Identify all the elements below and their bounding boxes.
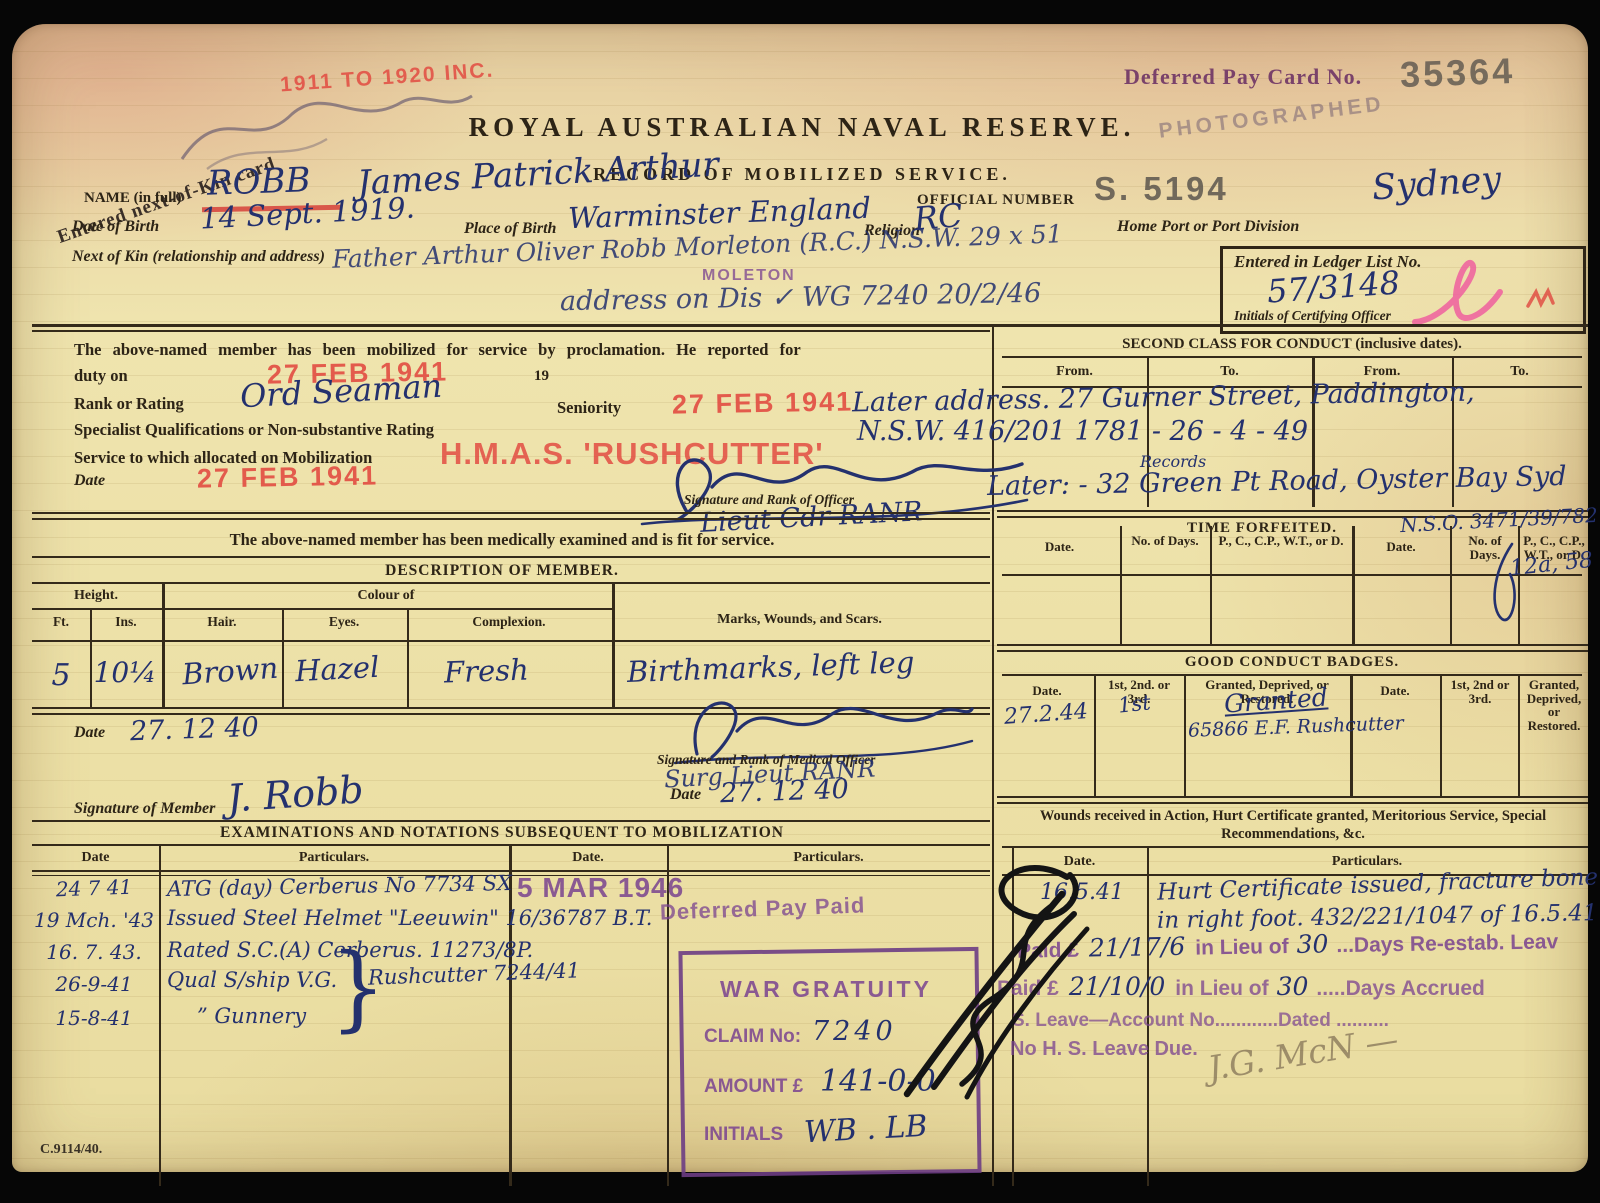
wounds-title-2: Recommendations, &c. bbox=[1004, 826, 1582, 843]
wounds-title-1: Wounds received in Action, Hurt Certific… bbox=[1004, 808, 1582, 825]
gc-v4 bbox=[1440, 676, 1442, 796]
gc-row-granted: Granted bbox=[1223, 682, 1329, 718]
tf-col-date1: Date. bbox=[1002, 540, 1117, 554]
desc-top bbox=[32, 582, 990, 584]
seniority-date-stamp: 27 FEB 1941 bbox=[672, 386, 854, 420]
exam-row-date: 19 Mch. '43 bbox=[34, 908, 154, 932]
exam-row-date: 24 7 41 bbox=[34, 874, 155, 902]
pob-label: Place of Birth bbox=[464, 220, 556, 238]
w-line bbox=[1002, 846, 1588, 848]
colour-of-label: Colour of bbox=[162, 588, 610, 604]
mob-date-label: Date bbox=[74, 472, 105, 490]
exam-col-date2: Date. bbox=[509, 850, 667, 866]
tf-v1 bbox=[1120, 526, 1122, 646]
form-title: ROYAL AUSTRALIAN NAVAL RESERVE. bbox=[442, 112, 1162, 143]
nok-label: Next of Kin (relationship and address) bbox=[72, 248, 325, 266]
paid1-suffix: ...Days Re-estab. Leav bbox=[1336, 930, 1558, 957]
complexion-label: Complexion. bbox=[409, 614, 609, 630]
deferred-pay-paid-stamp: Deferred Pay Paid bbox=[660, 892, 866, 925]
later-address-line3: Later: - 32 Green Pt Road, Oyster Bay Sy… bbox=[987, 461, 1567, 502]
gc-col-badge2: 1st, 2nd or 3rd. bbox=[1442, 678, 1518, 705]
exam-row-date: 16. 7. 43. bbox=[34, 940, 154, 964]
gc-col-date2: Date. bbox=[1352, 684, 1438, 698]
claim-label: CLAIM No: bbox=[704, 1026, 801, 1048]
paid1-mid: in Lieu of bbox=[1195, 935, 1289, 960]
desc-v-hair bbox=[282, 608, 284, 709]
exam-row-text: Qual S/ship V.G. bbox=[167, 968, 337, 992]
ins-label: Ins. bbox=[92, 614, 160, 630]
gc-v1 bbox=[1094, 676, 1096, 796]
certifying-initials-pink bbox=[1400, 254, 1590, 334]
desc-v-eyes bbox=[407, 608, 409, 709]
divider-top-2 bbox=[32, 330, 990, 332]
official-number-value: S. 5194 bbox=[1094, 170, 1229, 208]
home-port-value: Sydney bbox=[1371, 160, 1503, 209]
wounds-row-line1: Hurt Certificate issued, fracture bone bbox=[1157, 864, 1599, 905]
hair-value: Brown bbox=[181, 651, 279, 692]
member-sig-label: Signature of Member bbox=[74, 800, 215, 818]
later-address-line1: Later address. 27 Gurner Street, Padding… bbox=[852, 377, 1475, 419]
description-title: DESCRIPTION OF MEMBER. bbox=[52, 562, 952, 580]
exam-col-date1: Date bbox=[32, 850, 159, 866]
sc-col-from1: From. bbox=[1007, 364, 1142, 380]
home-port-label: Home Port or Port Division bbox=[1117, 218, 1299, 236]
paid1-amount: 21/17/6 bbox=[1089, 932, 1186, 963]
marks-value: Birthmarks, left leg bbox=[626, 645, 914, 689]
divider-top bbox=[32, 324, 1588, 327]
second-class-title: SECOND CLASS FOR CONDUCT (inclusive date… bbox=[1002, 336, 1582, 353]
w-top2 bbox=[997, 802, 1588, 804]
gc-top1 bbox=[997, 644, 1588, 646]
certifying-officer-label: Initials of Certifying Officer bbox=[1234, 308, 1391, 324]
second-class-underline bbox=[1002, 356, 1582, 358]
tf-flourish bbox=[1482, 534, 1562, 624]
exam-row-date: 15-8-41 bbox=[34, 1006, 154, 1030]
medically-fit-line: The above-named member has been medicall… bbox=[52, 530, 952, 550]
rank-label: Rank or Rating bbox=[74, 394, 184, 414]
examinations-title: EXAMINATIONS AND NOTATIONS SUBSEQUENT TO… bbox=[52, 824, 952, 842]
med-top1 bbox=[32, 512, 990, 514]
desc-headerline bbox=[32, 640, 990, 642]
height-ins-value: 10¼ bbox=[90, 656, 160, 689]
tf-v4 bbox=[1450, 526, 1452, 646]
height-ft-value: 5 bbox=[32, 658, 90, 693]
desc-subline bbox=[32, 608, 612, 610]
paid2-suffix: .....Days Accrued bbox=[1316, 977, 1484, 1000]
member-sig-line bbox=[32, 820, 990, 822]
exam-v2 bbox=[509, 844, 512, 1186]
initials-value: WB . LB bbox=[803, 1109, 928, 1150]
deferred-pay-card-label: Deferred Pay Card No. bbox=[1124, 64, 1362, 90]
time-forfeited-hw: N.S.O. 3471/39/782 bbox=[1400, 503, 1599, 537]
eyes-value: Hazel bbox=[294, 650, 380, 688]
mob-date-stamp: 27 FEB 1941 bbox=[197, 460, 379, 494]
good-conduct-title: GOOD CONDUCT BADGES. bbox=[1062, 654, 1522, 671]
exam-row-date: 26-9-41 bbox=[34, 972, 154, 996]
sc-col-to1: To. bbox=[1152, 364, 1307, 380]
hair-label: Hair. bbox=[164, 614, 280, 630]
seniority-label: Seniority bbox=[557, 398, 621, 418]
ft-label: Ft. bbox=[32, 614, 90, 630]
med-date-label: Date bbox=[74, 724, 105, 742]
complexion-value: Fresh bbox=[443, 653, 529, 690]
gc-v5 bbox=[1518, 676, 1520, 796]
form-number: C.9114/40. bbox=[40, 1142, 102, 1158]
height-label: Height. bbox=[32, 588, 160, 604]
marks-label: Marks, Wounds, and Scars. bbox=[612, 612, 987, 628]
tf-col-date2: Date. bbox=[1354, 540, 1448, 554]
duty-year-prefix: 19 bbox=[534, 368, 549, 385]
exam-row-text: Issued Steel Helmet "Leeuwin" 16/36787 B… bbox=[167, 906, 652, 930]
ink-scrawl bbox=[862, 859, 1102, 1109]
gc-row-date: 27.2.44 bbox=[1003, 699, 1089, 730]
dob-label: Date of Birth bbox=[72, 218, 159, 236]
tf-col-days1: No. of Days. bbox=[1122, 534, 1208, 548]
eyes-label: Eyes. bbox=[284, 614, 404, 630]
initials-label: INITIALS bbox=[704, 1124, 783, 1146]
exam-v1 bbox=[159, 844, 161, 1186]
nok-line2: address on Dis ✓ WG 7240 20/2/46 bbox=[560, 278, 1042, 317]
name-label: NAME (in full) bbox=[84, 190, 182, 207]
scanned-record-card-page: Entered next-of-Kin card 1911 TO 1920 IN… bbox=[0, 0, 1600, 1203]
w-top1 bbox=[997, 796, 1588, 798]
photographed-stamp: PHOTOGRAPHED bbox=[1157, 92, 1386, 144]
tf-v3 bbox=[1352, 526, 1355, 646]
duty-on-label: duty on bbox=[74, 366, 128, 386]
deferred-pay-card-number: 35364 bbox=[1399, 50, 1516, 96]
med-line2 bbox=[32, 556, 990, 558]
paid1-days: 30 bbox=[1296, 929, 1328, 959]
sc-col-to2: To. bbox=[1457, 364, 1582, 380]
med-date-value: 27. 12 40 bbox=[129, 712, 259, 747]
later-address-line2: N.S.W. 416/201 1781 - 26 - 4 - 49 bbox=[857, 416, 1308, 447]
med-top2 bbox=[32, 518, 990, 520]
gc-col-granted2: Granted, Deprived, or Restored. bbox=[1520, 678, 1588, 733]
desc-v-height bbox=[162, 582, 165, 709]
exam-row-text: ATG (day) Cerberus No 7734 SX bbox=[167, 871, 512, 901]
gc-row-badge: 1st bbox=[1117, 690, 1152, 717]
member-signature: J. Robb bbox=[226, 767, 365, 820]
exam-col-part1: Particulars. bbox=[159, 850, 509, 866]
tf-col-pc1: P., C., C.P., W.T., or D. bbox=[1212, 534, 1350, 548]
specialist-label: Specialist Qualifications or Non-substan… bbox=[74, 420, 434, 440]
exam-brace-note: Rushcutter 7244/41 bbox=[368, 958, 581, 989]
desc-v-marks bbox=[612, 582, 615, 709]
med-date2-value: 27. 12 40 bbox=[719, 774, 849, 809]
tf-v2 bbox=[1210, 526, 1212, 646]
med-date2-label: Date bbox=[670, 786, 701, 804]
exam-row-text: ” Gunnery bbox=[197, 1004, 306, 1028]
amount-label: AMOUNT £ bbox=[704, 1076, 803, 1098]
gc-row-note: 65866 E.F. Rushcutter bbox=[1188, 712, 1404, 742]
paid2-days: 30 bbox=[1277, 972, 1309, 1001]
gc-col-date1: Date. bbox=[1002, 684, 1092, 698]
gc-top2 bbox=[997, 650, 1588, 652]
record-card: Entered next-of-Kin card 1911 TO 1920 IN… bbox=[12, 24, 1588, 1172]
gc-title-line bbox=[1002, 674, 1582, 676]
gc-v2 bbox=[1184, 676, 1186, 796]
paid2-mid: in Lieu of bbox=[1175, 977, 1268, 1000]
